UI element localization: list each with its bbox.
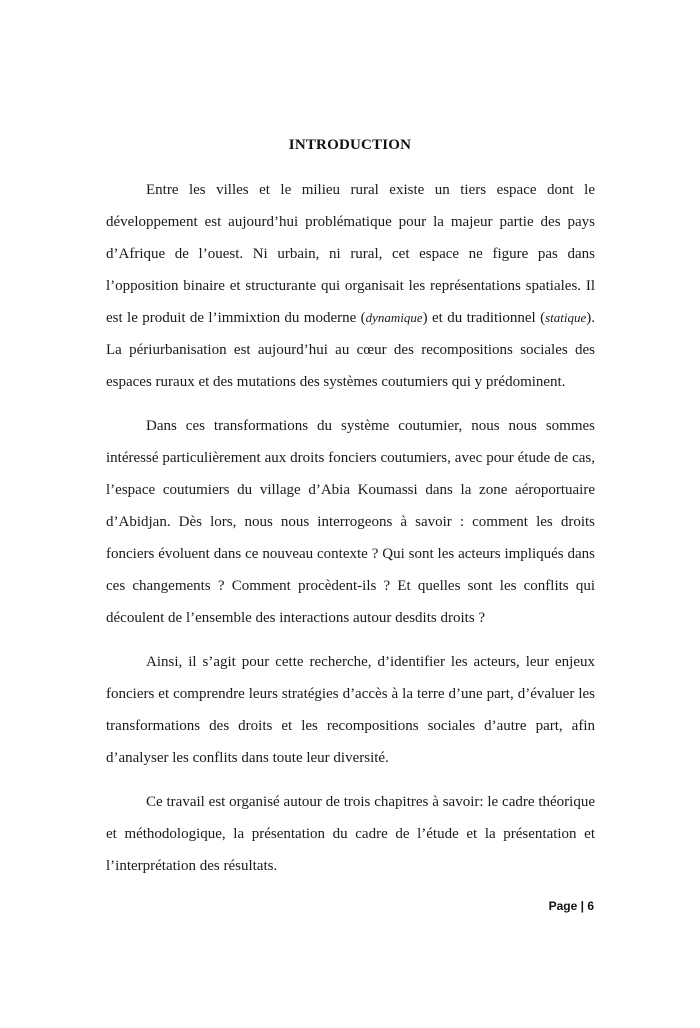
document-page: INTRODUCTION Entre les villes et le mili… — [0, 0, 700, 1028]
paragraph-1-text-a: Entre les villes et le milieu rural exis… — [106, 182, 595, 326]
paragraph-2: Dans ces transformations du système cout… — [106, 410, 595, 634]
section-heading: INTRODUCTION — [0, 137, 700, 154]
italic-term-statique: statique — [545, 310, 586, 325]
paragraph-1-text-b: ) et du traditionnel ( — [423, 310, 545, 326]
page-number-footer: Page | 6 — [549, 899, 594, 913]
paragraph-4: Ce travail est organisé autour de trois … — [106, 786, 595, 882]
body-text: Entre les villes et le milieu rural exis… — [106, 174, 595, 882]
paragraph-3: Ainsi, il s’agit pour cette recherche, d… — [106, 646, 595, 774]
italic-term-dynamique: dynamique — [366, 310, 423, 325]
paragraph-1: Entre les villes et le milieu rural exis… — [106, 174, 595, 398]
